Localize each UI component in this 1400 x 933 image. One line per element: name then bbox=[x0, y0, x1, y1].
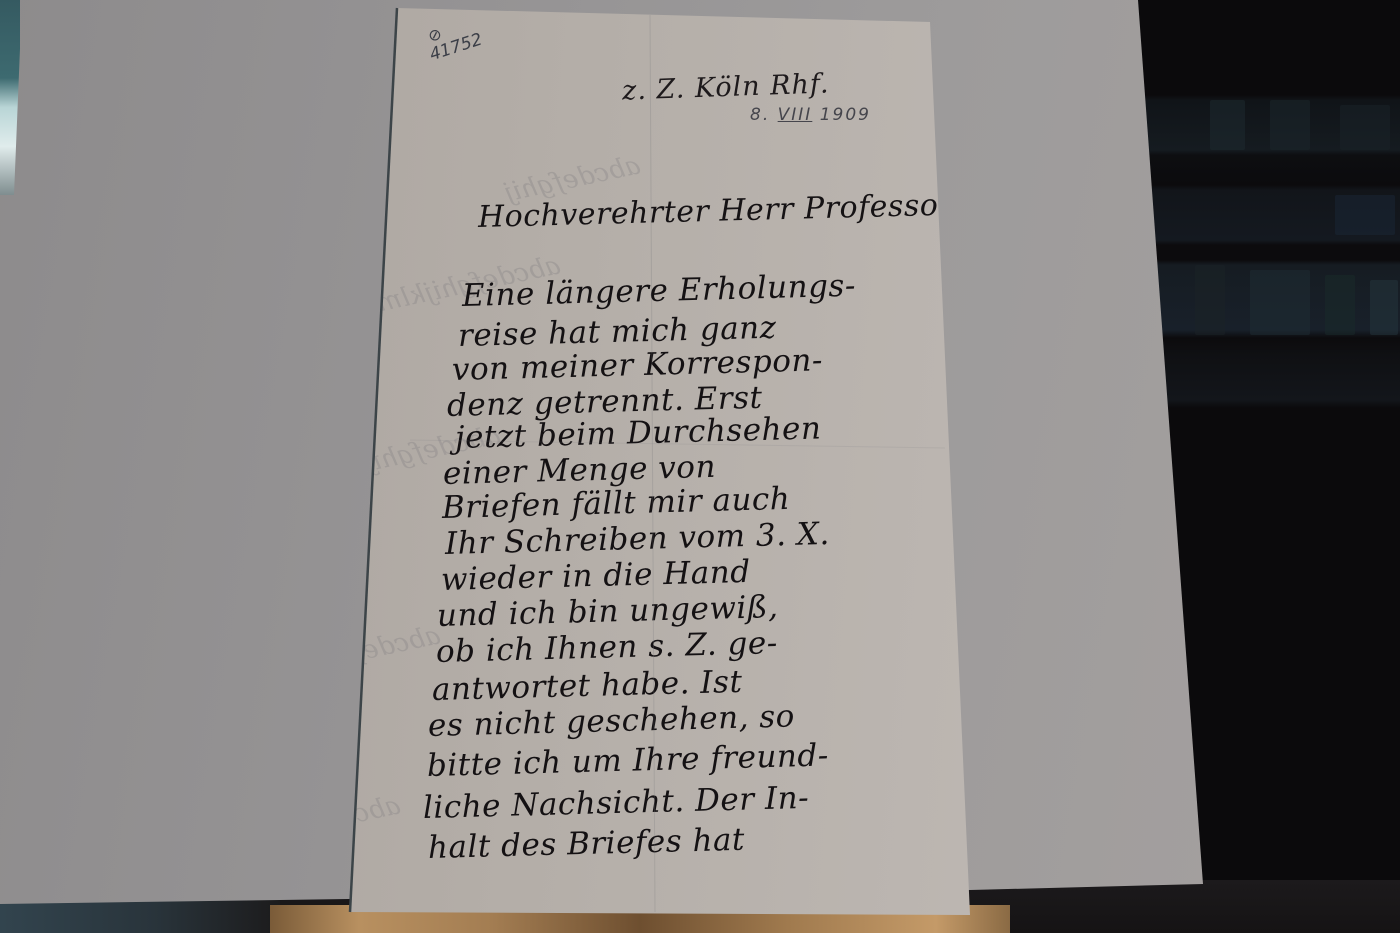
book-spine bbox=[1340, 105, 1390, 150]
book-spine bbox=[1210, 100, 1245, 150]
book-spine bbox=[1250, 270, 1310, 335]
body-line: halt des Briefes hat bbox=[428, 822, 746, 866]
book-spine bbox=[1335, 195, 1395, 235]
letter-date: 8. VIII 1909 bbox=[750, 105, 871, 125]
date-day: 8. bbox=[750, 105, 770, 125]
book-spine bbox=[1195, 265, 1225, 335]
body-line: liche Nachsicht. Der In- bbox=[423, 780, 810, 826]
book-spine bbox=[1370, 280, 1398, 335]
letter-place: z. Z. Köln Rhf. bbox=[622, 68, 830, 106]
date-year: 1909 bbox=[820, 105, 871, 125]
archive-number: ⊘ 41752 bbox=[422, 13, 485, 64]
body-line: bitte ich um Ihre freund- bbox=[427, 737, 830, 784]
book-spine bbox=[1325, 275, 1355, 335]
floor-left-shadow bbox=[0, 900, 280, 933]
date-month: VIII bbox=[778, 105, 813, 125]
book-spine bbox=[1270, 100, 1310, 150]
